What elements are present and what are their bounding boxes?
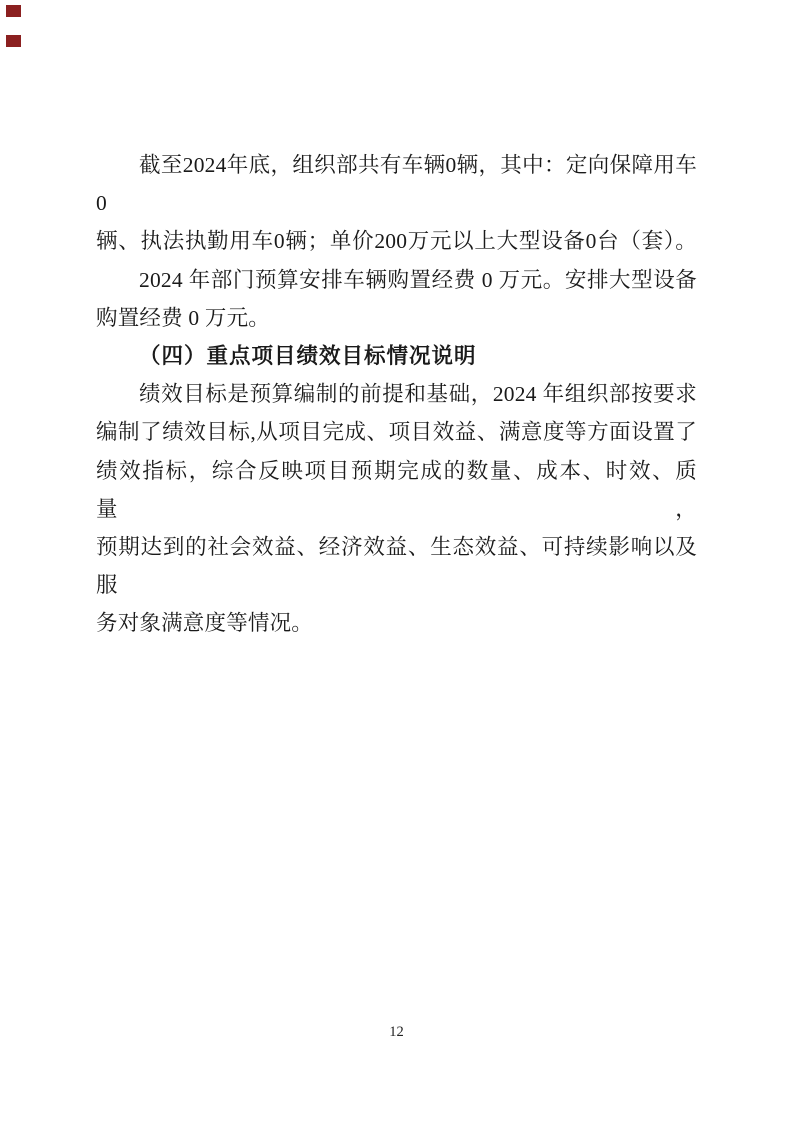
budget-paragraph-line: 购置经费 0 万元。 <box>96 299 697 337</box>
vehicles-paragraph-line: 截至2024年底，组织部共有车辆0辆，其中：定向保障用车0 <box>96 146 697 222</box>
vehicles-paragraph-line: 辆、执法执勤用车0辆；单价200万元以上大型设备0台（套）。 <box>96 222 697 260</box>
performance-paragraph-line: 绩效指标，综合反映项目预期完成的数量、成本、时效、质量， <box>96 452 697 528</box>
performance-paragraph-line: 绩效目标是预算编制的前提和基础，2024 年组织部按要求 <box>96 375 697 413</box>
performance-paragraph-line: 务对象满意度等情况。 <box>96 604 697 642</box>
section-heading: （四）重点项目绩效目标情况说明 <box>96 337 697 375</box>
document-page: { "page": { "number": "12", "background_… <box>0 0 793 1122</box>
page-number: 12 <box>0 1024 793 1041</box>
performance-paragraph-line: 编制了绩效目标,从项目完成、项目效益、满意度等方面设置了 <box>96 413 697 451</box>
performance-paragraph-line: 预期达到的社会效益、经济效益、生态效益、可持续影响以及服 <box>96 528 697 604</box>
red-corner-mark-top <box>6 5 21 17</box>
document-text-block: 截至2024年底，组织部共有车辆0辆，其中：定向保障用车0 辆、执法执勤用车0辆… <box>96 146 697 643</box>
red-corner-mark-bottom <box>6 35 21 47</box>
budget-paragraph-line: 2024 年部门预算安排车辆购置经费 0 万元。安排大型设备 <box>96 261 697 299</box>
